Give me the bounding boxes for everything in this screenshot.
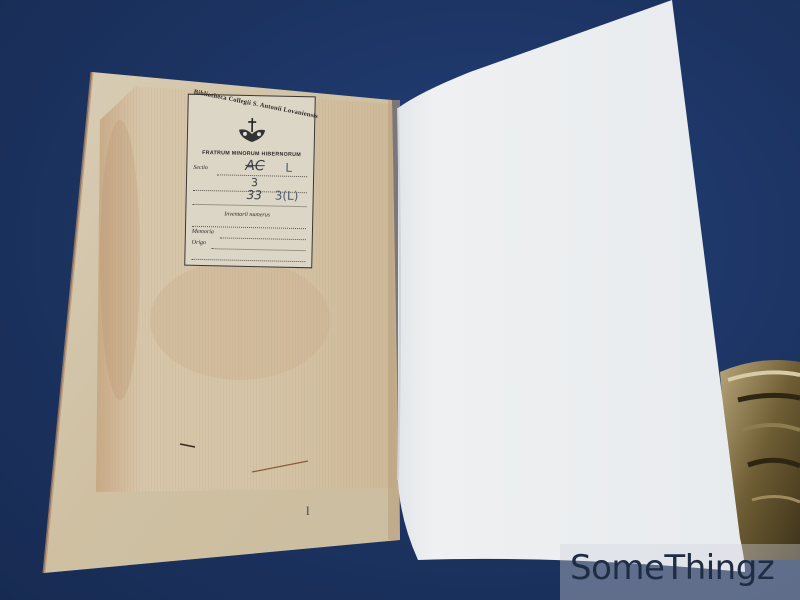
sectio-label: Sectio [193, 165, 208, 171]
library-bookplate-label: Bibliotheca Collegii S. Antonii Lovanien… [184, 94, 316, 269]
sectio-value-ac: AC [245, 158, 265, 174]
inventory-number-label: Inventarii numerus [224, 211, 270, 218]
origo-label: Origo [192, 240, 206, 246]
franciscan-emblem-icon [236, 118, 269, 145]
memoria-label: Memoria [192, 229, 214, 235]
pencil-note-3l: 3(L) [275, 189, 299, 203]
pencil-note-l: L [285, 161, 292, 175]
somethingz-watermark: SomeThingz [560, 544, 800, 600]
sectio-value-33: 33 [247, 188, 263, 202]
label-order-name: FRATRUM MINORUM HIBERNORUM [192, 150, 312, 159]
blank-endpaper [0, 0, 800, 600]
watermark-text: SomeThingz [570, 548, 774, 588]
